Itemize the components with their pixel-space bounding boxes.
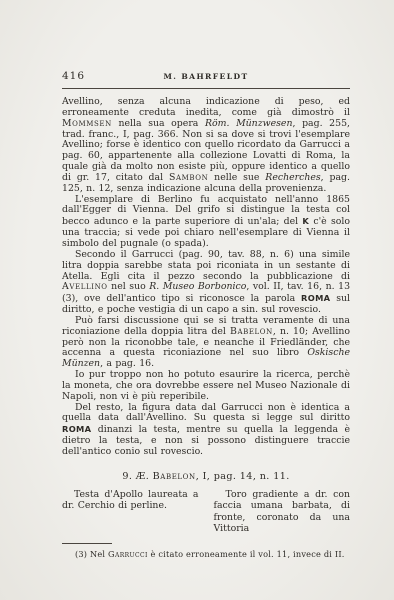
- catalogue-entry-heading: 9. Æ. Babelon, I, pag. 14, n. 11.: [62, 471, 350, 482]
- book-page: 416 M. BAHRFELDT Avellino, senza alcuna …: [0, 0, 394, 600]
- paragraph: Avellino, senza alcuna indicazione di pe…: [62, 97, 350, 195]
- paragraph: L'esemplare di Berlino fu acquistato nel…: [62, 195, 350, 250]
- running-header-title: M. BAHRFELDT: [62, 72, 350, 81]
- text-block: 416 M. BAHRFELDT Avellino, senza alcuna …: [62, 70, 350, 559]
- obverse-description: Testa d'Apollo laureata a dr. Cerchio di…: [62, 489, 199, 535]
- reverse-description: Toro gradiente a dr. con faccia umana ba…: [214, 489, 351, 535]
- paragraph: Del resto, la figura data dal Garrucci n…: [62, 403, 350, 458]
- header-rule: [62, 88, 350, 89]
- body-text: Avellino, senza alcuna indicazione di pe…: [62, 97, 350, 458]
- coin-description-columns: Testa d'Apollo laureata a dr. Cerchio di…: [62, 489, 350, 535]
- paragraph: Secondo il Garrucci (pag. 90, tav. 88, n…: [62, 250, 350, 316]
- paragraph: Può farsi discussione qui se si tratta v…: [62, 316, 350, 370]
- footnote: (3) Nel Garrucci è citato erroneamente i…: [62, 549, 350, 559]
- footnote-separator: [62, 543, 112, 544]
- running-head: 416 M. BAHRFELDT: [62, 70, 350, 83]
- paragraph: Io pur troppo non ho potuto esaurire la …: [62, 370, 350, 403]
